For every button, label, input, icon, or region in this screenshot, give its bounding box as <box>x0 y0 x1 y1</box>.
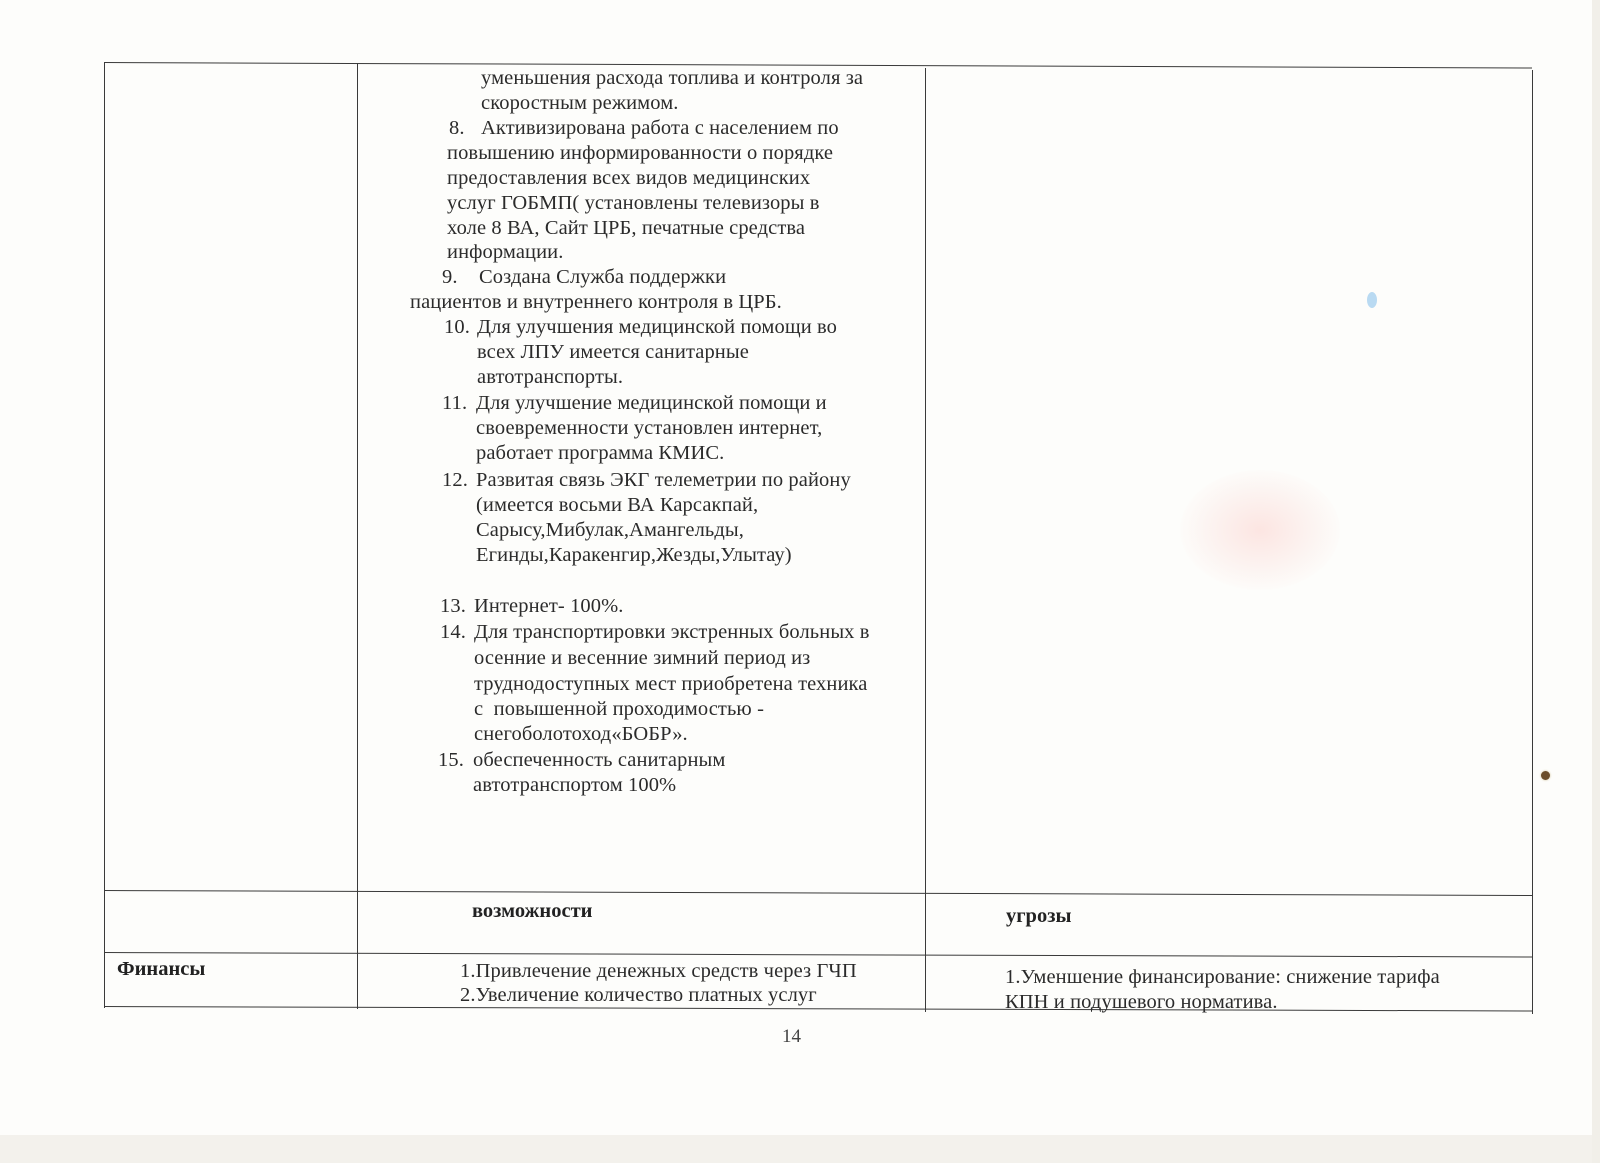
column-divider-1 <box>357 63 358 1009</box>
finance-threat-line-2: КПН и подушевого норматива. <box>1005 990 1278 1015</box>
item-14-line: Для транспортировки экстренных больных в <box>474 620 870 645</box>
item-10-line: Для улучшения медицинской помощи во <box>477 315 837 340</box>
item-8-line: предоставления всех видов медицинских <box>447 166 810 191</box>
item-7-tail-line-2: скоростным режимом. <box>481 91 679 116</box>
table-border-right <box>1532 70 1533 1014</box>
item-8-line: информации. <box>447 240 563 265</box>
item-15-line: обеспеченность санитарным <box>473 748 725 773</box>
opportunities-heading: возможности <box>472 900 592 923</box>
item-10-line: автотранспорты. <box>477 365 623 390</box>
finance-category-label: Финансы <box>117 958 205 981</box>
item-12-line: (имеется восьми ВА Карсакпай, <box>476 493 758 518</box>
item-11-line: своевременности установлен интернет, <box>476 416 822 441</box>
row-divider-2 <box>104 952 1532 958</box>
scan-page-edge <box>0 1135 1600 1163</box>
table-border-left <box>104 62 105 1008</box>
row-divider-1 <box>104 890 1532 896</box>
finance-opportunity-1: 1.Привлечение денежных средств через ГЧП <box>460 959 857 984</box>
item-11-number: 11. <box>442 391 467 416</box>
item-8-line: Активизирована работа с населением по <box>481 116 839 141</box>
item-14-line: труднодоступных мест приобретена техника <box>474 672 868 697</box>
item-8-line: повышению информированности о порядке <box>447 141 833 166</box>
item-15-number: 15. <box>438 748 464 773</box>
item-14-number: 14. <box>440 620 466 645</box>
scan-page-edge-right <box>1592 0 1600 1163</box>
item-12-number: 12. <box>442 468 468 493</box>
item-9-line: Создана Служба поддержки <box>479 265 726 290</box>
item-8-number: 8. <box>449 116 465 141</box>
page-number: 14 <box>782 1026 801 1048</box>
scan-speck <box>1541 771 1550 780</box>
item-10-number: 10. <box>444 315 470 340</box>
item-11-line: работает программа КМИС. <box>476 441 724 466</box>
item-12-line: Сарысу,Мибулак,Амангельды, <box>476 518 744 543</box>
table-border-bottom <box>104 1006 1532 1012</box>
item-8-line: холе 8 ВА, Сайт ЦРБ, печатные средства <box>447 216 805 241</box>
item-11-line: Для улучшение медицинской помощи и <box>476 391 827 416</box>
item-9-number: 9. <box>442 265 458 290</box>
item-14-line: с повышенной проходимостью - <box>474 697 764 722</box>
finance-threat-line-1: 1.Уменшение финансирование: снижение тар… <box>1005 965 1440 990</box>
item-14-line: осенние и весенние зимний период из <box>474 646 810 671</box>
item-12-line: Развитая связь ЭКГ телеметрии по району <box>476 468 851 493</box>
item-9-line: пациентов и внутреннего контроля в ЦРБ. <box>410 290 782 315</box>
item-13-line: Интернет- 100%. <box>474 594 624 619</box>
threats-heading: угрозы <box>1006 905 1071 928</box>
item-13-number: 13. <box>440 594 466 619</box>
item-14-line: снегоболотоход«БОБР». <box>474 722 688 747</box>
finance-opportunity-2: 2.Увеличение количество платных услуг <box>460 983 817 1008</box>
item-12-line: Егинды,Каракенгир,Жезды,Улытау) <box>476 543 792 568</box>
column-divider-2 <box>925 68 926 1012</box>
item-7-tail-line-1: уменьшения расхода топлива и контроля за <box>481 66 863 91</box>
item-15-line: автотранспортом 100% <box>473 773 676 798</box>
item-8-line: услуг ГОБМП( установлены телевизоры в <box>447 191 820 216</box>
scan-speck <box>1367 292 1377 308</box>
scan-stain <box>1180 470 1340 590</box>
item-10-line: всех ЛПУ имеется санитарные <box>477 340 749 365</box>
